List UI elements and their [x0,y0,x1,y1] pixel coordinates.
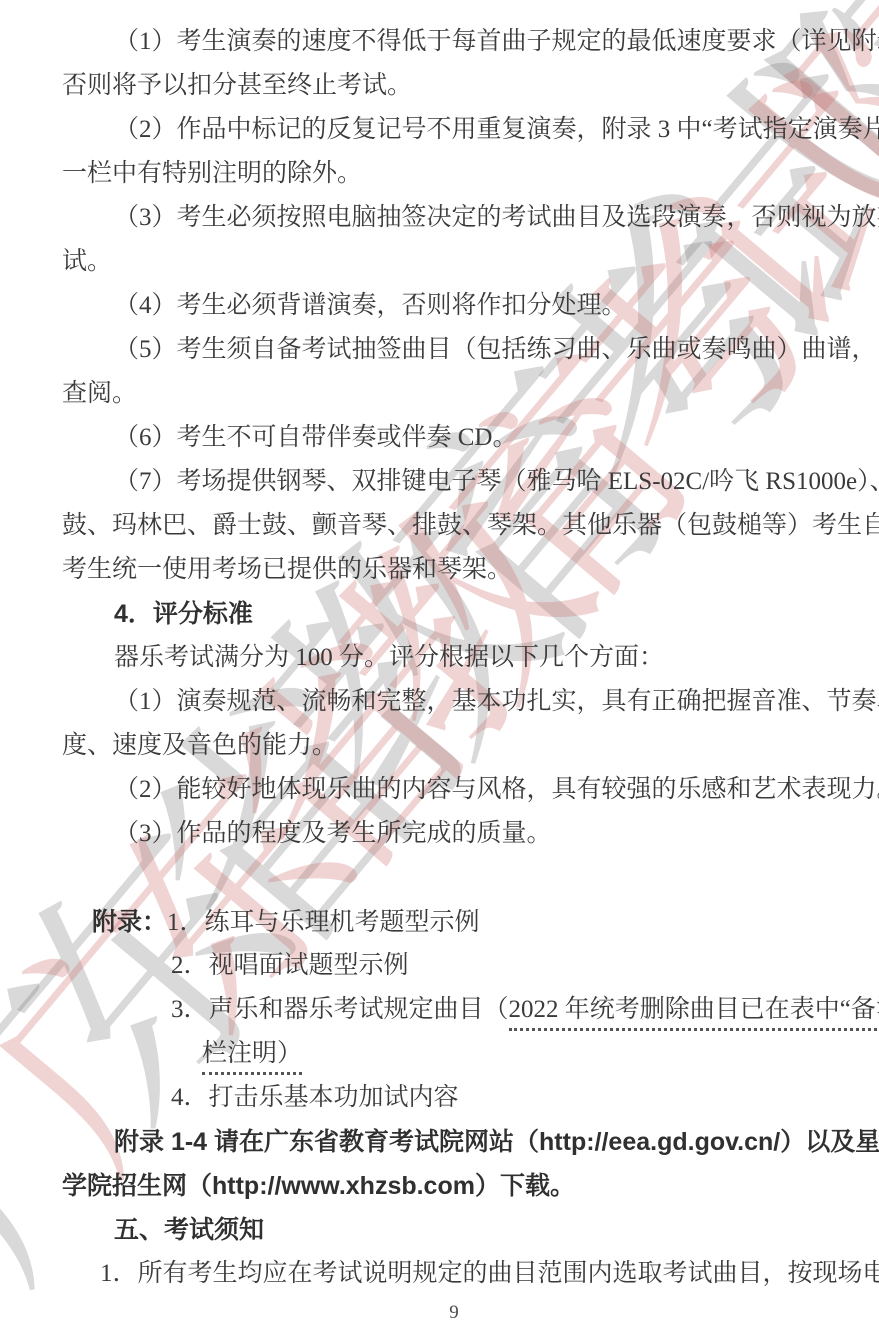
rule-4-line-1: （4）考生必须背谱演奏，否则将作扣分处理。 [62,284,846,328]
scoring-1-line-2: 度、速度及音色的能力。 [62,724,846,768]
rule-3-line-1: （3）考生必须按照电脑抽签决定的考试曲目及选段演奏，否则视为放弃考 [62,196,846,240]
download-note-line-2: 学院招生网（http://www.xhzsb.com）下载。 [62,1164,846,1208]
document-body: （1）考生演奏的速度不得低于每首曲子规定的最低速度要求（详见附录 3）， 否则将… [62,20,846,1328]
appendix-item-4: 4．打击乐基本功加试内容 [62,1076,846,1120]
rule-6-line-1: （6）考生不可自带伴奏或伴奏 CD。 [62,416,846,460]
page-number: 9 [62,1298,846,1328]
appendix-item-3-plain: 3．声乐和器乐考试规定曲目（ [171,996,509,1023]
rule-7-line-2: 鼓、玛林巴、爵士鼓、颤音琴、排鼓、琴架。其他乐器（包鼓槌等）考生自备。 [62,504,846,548]
scoring-heading: 4．评分标准 [62,592,846,636]
appendix-line-1: 附录：1．练耳与乐理机考题型示例 [62,900,846,944]
rule-7-line-3: 考生统一使用考场已提供的乐器和琴架。 [62,548,846,592]
scoring-intro: 器乐考试满分为 100 分。评分根据以下几个方面： [62,636,846,680]
appendix-item-3-emphasis: 2022 年统考删除曲目已在表中“备注” [509,996,879,1031]
scoring-2-line-1: （2）能较好地体现乐曲的内容与风格，具有较强的乐感和艺术表现力。 [62,768,846,812]
notice-item-1-line-1: 1．所有考生均应在考试说明规定的曲目范围内选取考试曲目，按现场电脑 [62,1252,846,1296]
download-note-line-1: 附录 1-4 请在广东省教育考试院网站（http://eea.gd.gov.cn… [62,1120,846,1164]
rule-2-line-2: 一栏中有特别注明的除外。 [62,152,846,196]
rule-5-line-1: （5）考生须自备考试抽签曲目（包括练习曲、乐曲或奏鸣曲）曲谱，以备 [62,328,846,372]
rule-1-line-1: （1）考生演奏的速度不得低于每首曲子规定的最低速度要求（详见附录 3）， [62,20,846,64]
appendix-item-1: 1．练耳与乐理机考题型示例 [167,909,480,936]
scoring-3-line-1: （3）作品的程度及考生所完成的质量。 [62,812,846,856]
appendix-item-2: 2．视唱面试题型示例 [62,944,846,988]
rule-2-line-1: （2）作品中标记的反复记号不用重复演奏，附录 3 中“考试指定演奏片段” [62,108,846,152]
appendix-item-3-line-1: 3．声乐和器乐考试规定曲目（2022 年统考删除曲目已在表中“备注” [62,988,846,1032]
rule-1-line-2: 否则将予以扣分甚至终止考试。 [62,64,846,108]
appendix-label: 附录： [92,908,167,936]
rule-5-line-2: 查阅。 [62,372,846,416]
rule-7-line-1: （7）考场提供钢琴、双排键电子琴（雅马哈 ELS-02C/吟飞 RS1000e）… [62,460,846,504]
rule-3-line-2: 试。 [62,240,846,284]
notice-heading: 五、考试须知 [62,1208,846,1252]
appendix-item-3-line-2: 栏注明） [62,1032,846,1076]
document-page: 广东省教育考试院 广东省教育考试院 （1）考生演奏的速度不得低于每首曲子规定的最… [0,0,879,1338]
blank-spacer [62,856,846,900]
appendix-item-3-cont-emphasis: 栏注明） [202,1040,302,1075]
scoring-1-line-1: （1）演奏规范、流畅和完整，基本功扎实，具有正确把握音准、节奏、力 [62,680,846,724]
